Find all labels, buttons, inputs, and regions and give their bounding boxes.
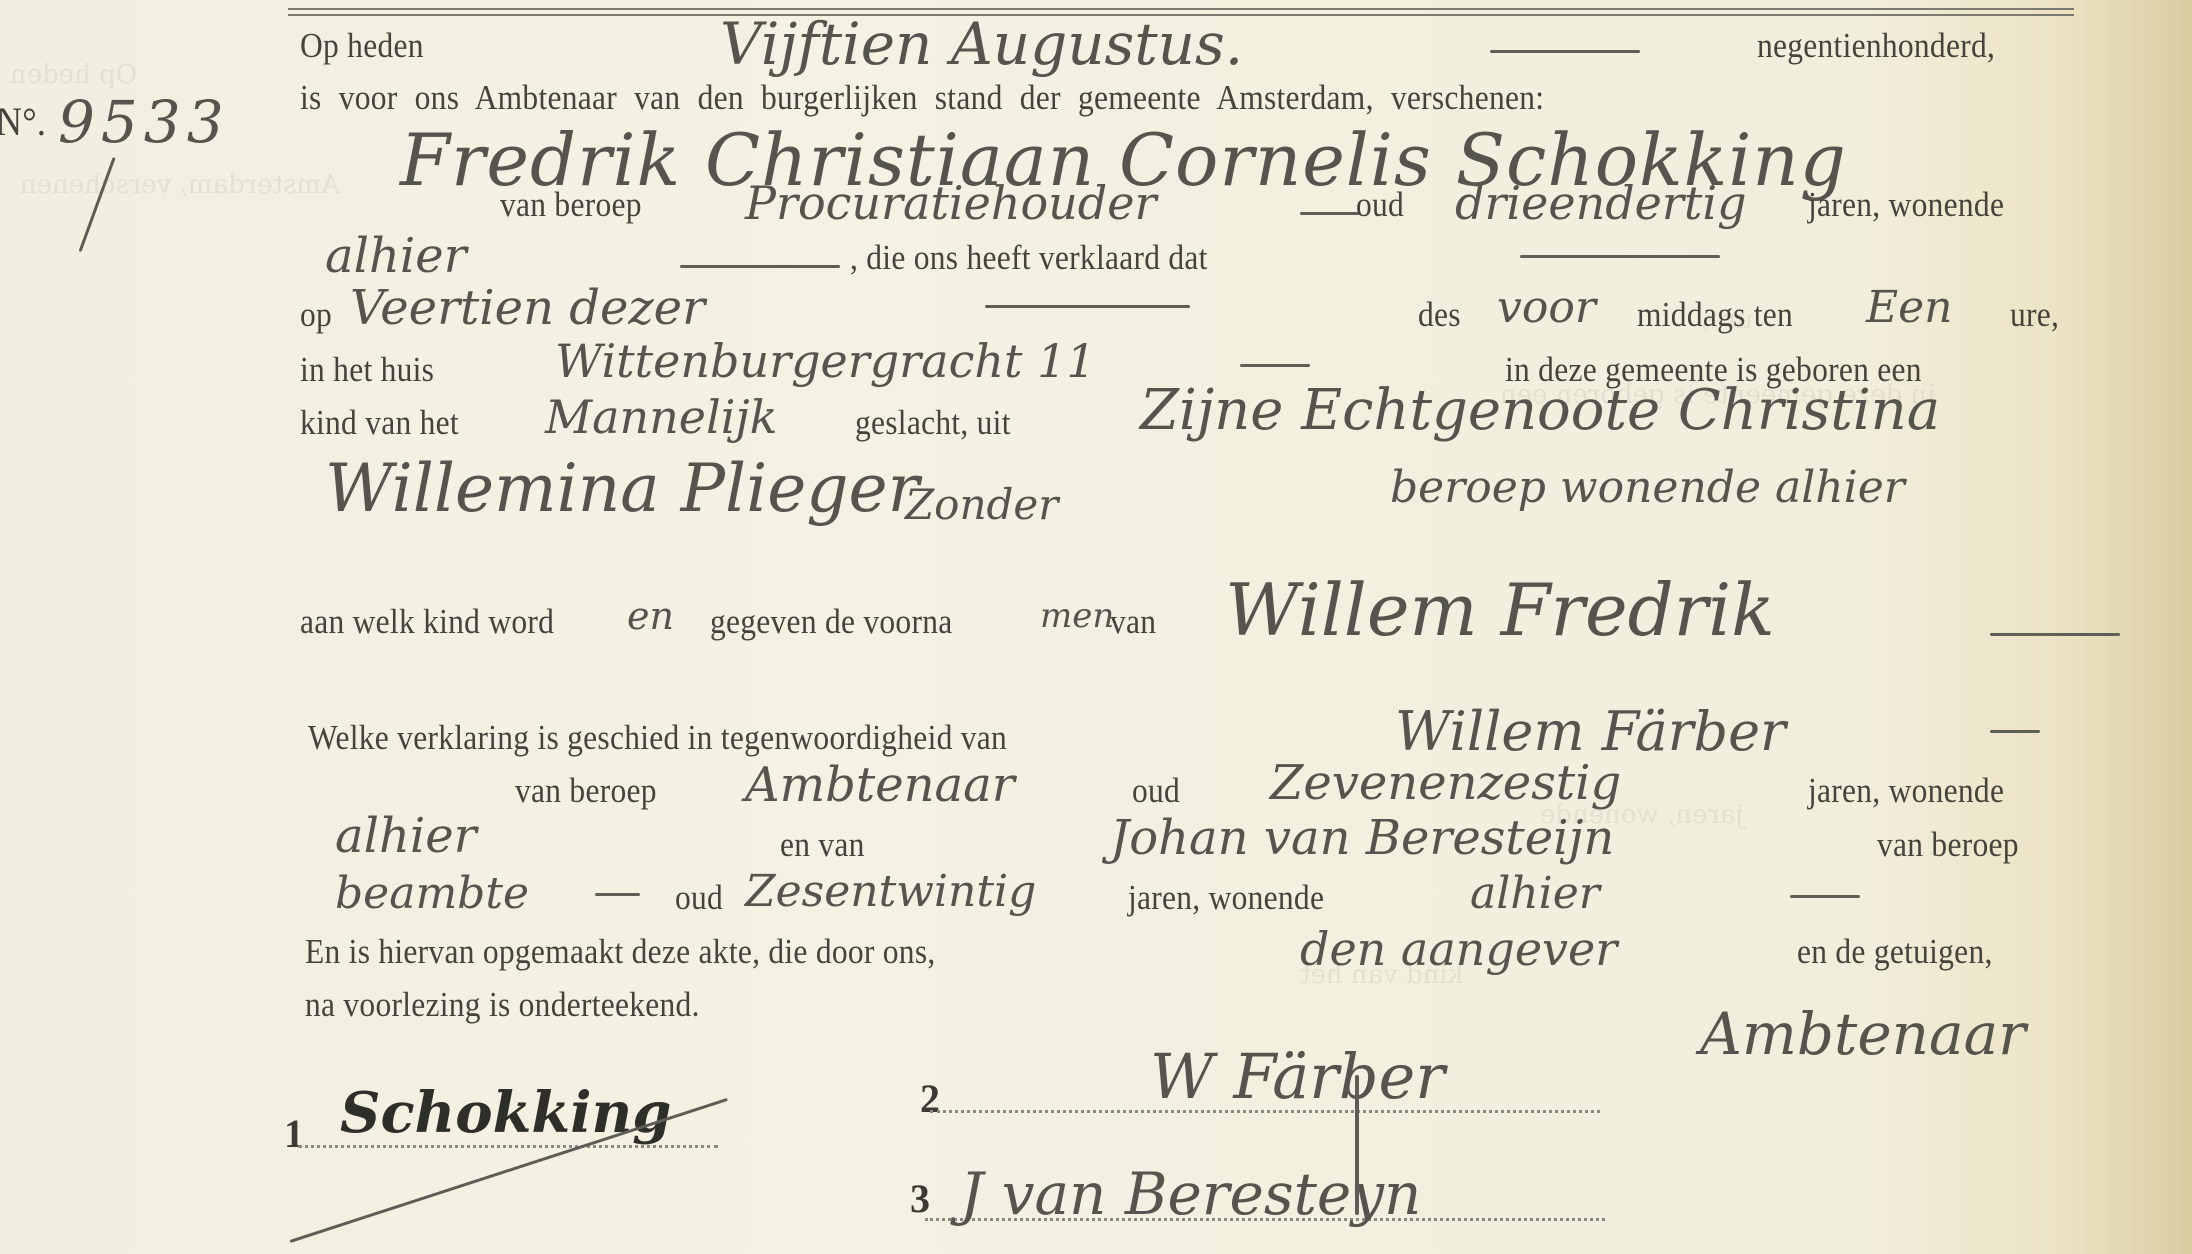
handwritten-zonder: Zonder [905,480,1058,529]
printed-oud: oud [1356,185,1404,225]
handwritten-occupation: Procuratiehouder [745,176,1156,230]
printed-in-het-huis: in het huis [300,350,434,390]
bleed-through-text: Amsterdam, verschenen [20,170,340,200]
printed-en-van: en van [780,825,865,865]
bleed-through-text: Op heden [10,60,137,90]
fill-dash [1990,633,2120,636]
fill-dash [595,893,640,896]
fill-dash [1490,50,1640,53]
handwritten-hour: Een [1866,282,1953,333]
printed-van-beroep: van beroep [500,185,642,225]
signature-slot-1-label: 1 [284,1110,304,1157]
signature-slot-3-label: 3 [910,1175,930,1222]
printed-year-prefix: negentienhonderd, [1757,26,1995,66]
handwritten-date: Vijftien Augustus. [720,10,1243,78]
handwritten-voor: voor [1497,282,1596,333]
printed-geslacht-uit: geslacht, uit [855,403,1011,443]
handwritten-mother-residence: beroep wonende alhier [1390,462,1905,513]
signature-witness-1: W Färber [1150,1040,1445,1113]
printed-gegeven-de-voorna: gegeven de voorna [710,602,952,642]
printed-oud-witness-2: oud [675,878,723,918]
printed-des: des [1418,295,1461,335]
printed-van: van [1110,602,1156,642]
fill-dash [1520,255,1720,258]
fill-dash [680,265,840,268]
printed-van-beroep-witness-1: van beroep [515,771,657,811]
handwritten-witness-1-residence: alhier [335,808,477,864]
printed-kind-van-het: kind van het [300,403,459,443]
printed-van-beroep-witness-2: van beroep [1877,825,2019,865]
printed-child-named: aan welk kind word [300,602,554,642]
handwritten-birth-day: Veertien dezer [350,280,705,336]
handwritten-witness-2-occupation: beambte [335,868,529,919]
printed-oud-witness-1: oud [1132,771,1180,811]
handwritten-witness-1-occupation: Ambtenaar [745,757,1015,813]
fill-dash [1790,895,1860,898]
signature-declarant: Schokking [340,1080,671,1146]
printed-appearance-clause: is voor ons Ambtenaar van den burgerlijk… [300,78,1544,118]
handwritten-address: Wittenburgergracht 11 [555,334,1096,388]
printed-jaren-wonende-witness-1: jaren, wonende [1808,771,2004,811]
printed-declared-clause: , die ons heeft verklaard dat [850,238,1208,278]
handwritten-mother-name: Willemina Plieger [325,450,919,527]
printed-signed-after-reading: na voorlezing is onderteekend. [305,985,700,1025]
handwritten-sex: Mannelijk [545,390,778,444]
handwritten-witness-2-age: Zesentwintig [745,866,1036,917]
printed-jaren-wonende-witness-2: jaren, wonende [1128,878,1324,918]
handwritten-residence: alhier [325,228,467,284]
handwritten-signatory-role: den aangever [1300,922,1617,976]
fill-dash [1300,212,1360,215]
handwritten-witness-2-residence: alhier [1470,868,1600,919]
handwritten-mother-intro: Zijne Echtgenoote Christina [1140,378,1940,443]
birth-certificate-page: Op heden Amsterdam, verschenen ure, in d… [0,0,2192,1254]
signature-witness-2: J van Beresteyn [960,1160,1421,1228]
fill-dash [1990,730,2040,733]
printed-drawn-up-clause: En is hiervan opgemaakt deze akte, die d… [305,932,936,972]
printed-ure: ure, [2010,295,2059,335]
fill-dash [1240,364,1310,367]
certificate-number-prefix: N°. [0,98,46,145]
printed-op: op [300,295,332,335]
handwritten-child-given-names: Willem Fredrik [1225,568,1775,652]
certificate-number: 9533 [58,88,230,156]
handwritten-en: en [627,594,674,638]
handwritten-witness-1-age: Zevenenzestig [1270,755,1621,811]
printed-op-heden: Op heden [300,26,424,66]
handwritten-witness-2-name: Johan van Beresteijn [1110,810,1614,866]
signature-registrar: Ambtenaar [1700,1000,2026,1068]
fill-dash [985,305,1190,308]
printed-middags-ten: middags ten [1637,295,1793,335]
handwritten-men: men [1040,596,1114,636]
printed-en-de-getuigen: en de getuigen, [1797,932,1993,972]
printed-witness-clause: Welke verklaring is geschied in tegenwoo… [308,718,1007,758]
signature-bracket [1355,1075,1359,1215]
printed-jaren-wonende: jaren, wonende [1808,185,2004,225]
signature-slot-2-label: 2 [920,1075,940,1122]
handwritten-age: drieendertig [1455,176,1747,230]
handwritten-witness-1-name: Willem Färber [1395,700,1786,763]
